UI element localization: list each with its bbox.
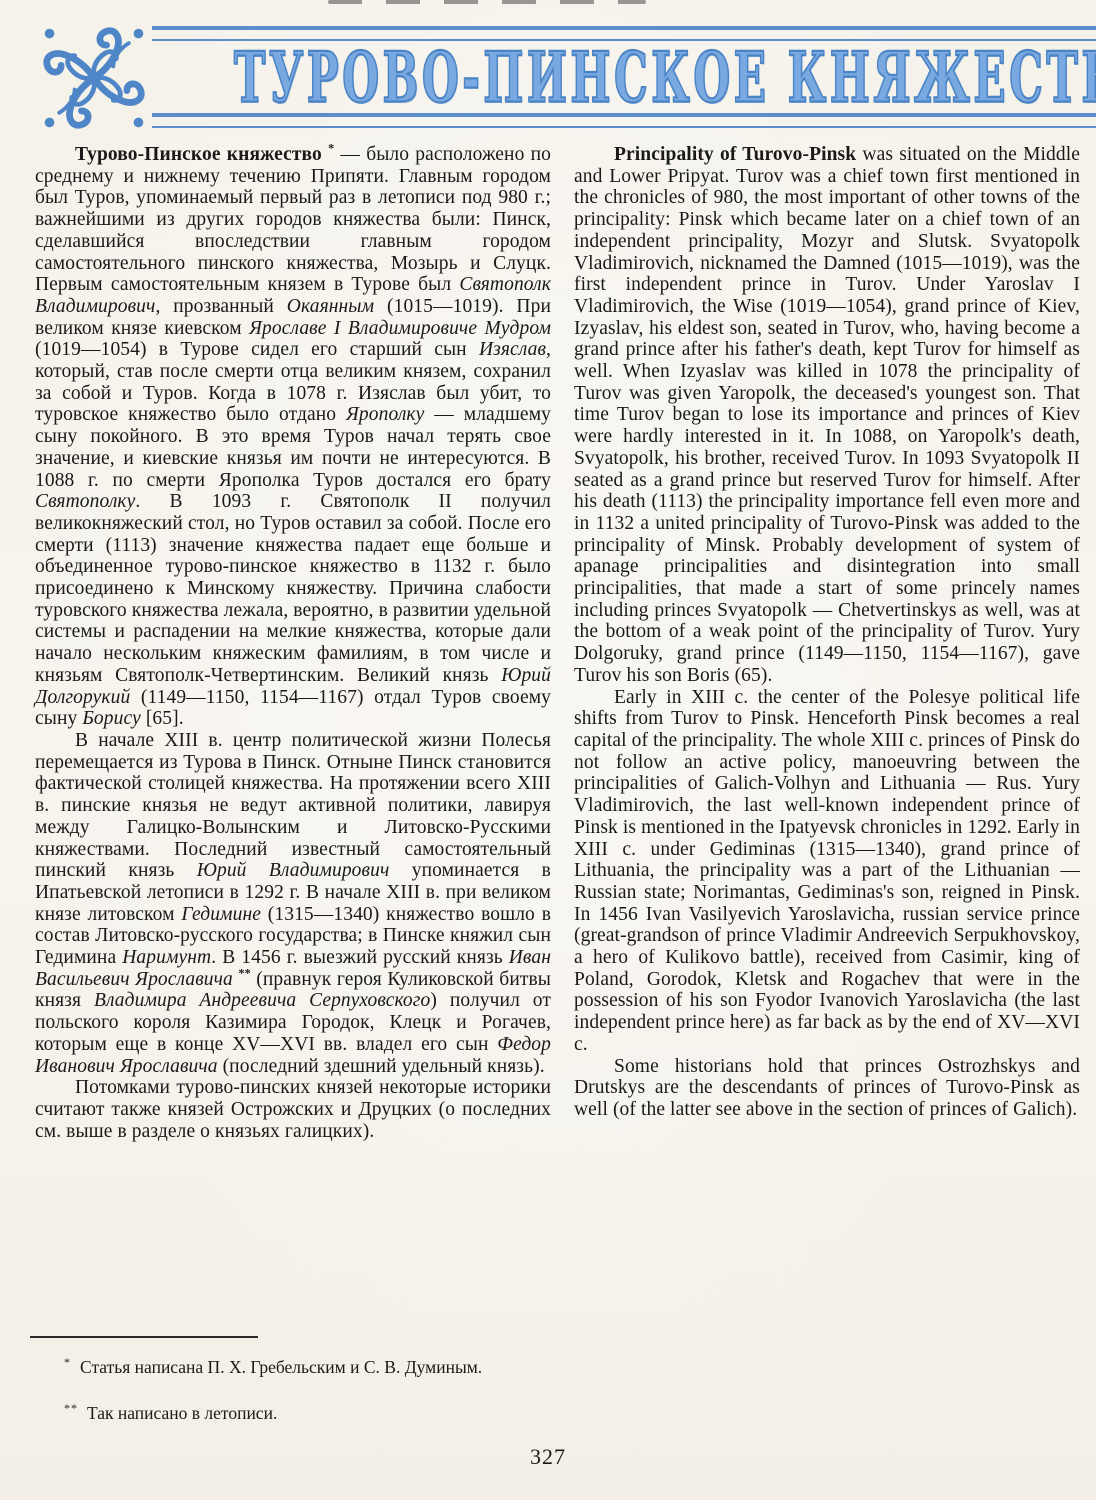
column-russian: Турово-Пинское княжество * — было распол… [35, 144, 551, 1142]
scan-edge-artifact [328, 0, 646, 4]
floral-ornament-left-icon [30, 20, 158, 136]
footnote-1: *Статья написана П. Х. Гребельским и С. … [30, 1351, 630, 1378]
banner-rule-bottom [152, 113, 1096, 128]
book-page: ТУРОВО-ПИНСКОЕ КНЯЖЕСТВО [0, 0, 1096, 1500]
footnote-2: **Так написано в летописи. [30, 1397, 630, 1424]
footnote-marker: * [64, 1355, 71, 1369]
text-columns: Турово-Пинское княжество * — было распол… [35, 144, 1080, 1142]
paragraph-ru-3: Потомками турово-пинских князей некоторы… [35, 1077, 551, 1142]
footnotes: *Статья написана П. Х. Гребельским и С. … [30, 1336, 630, 1443]
footnote-marker: ** [64, 1401, 78, 1415]
banner-center: ТУРОВО-ПИНСКОЕ КНЯЖЕСТВО [152, 20, 1096, 136]
paragraph-ru-2: В начале XIII в. центр политической жизн… [35, 730, 551, 1077]
chapter-banner: ТУРОВО-ПИНСКОЕ КНЯЖЕСТВО [30, 20, 1072, 136]
column-english: Principality of Turovo-Pinsk was situate… [574, 144, 1080, 1142]
footnote-text: Так написано в летописи. [87, 1403, 277, 1423]
page-number: 327 [0, 1444, 1096, 1470]
paragraph-en-2: Early in XIII c. the center of the Poles… [574, 687, 1080, 1056]
footnote-text: Статья написана П. Х. Гребельским и С. В… [80, 1357, 482, 1377]
paragraph-en-3: Some historians hold that princes Ostroz… [574, 1056, 1080, 1121]
footnote-separator [30, 1336, 258, 1338]
paragraph-ru-1: Турово-Пинское княжество * — было распол… [35, 144, 551, 730]
chapter-title: ТУРОВО-ПИНСКОЕ КНЯЖЕСТВО [234, 36, 1096, 117]
paragraph-en-1: Principality of Turovo-Pinsk was situate… [574, 144, 1080, 687]
title-row: ТУРОВО-ПИНСКОЕ КНЯЖЕСТВО [152, 41, 1096, 113]
